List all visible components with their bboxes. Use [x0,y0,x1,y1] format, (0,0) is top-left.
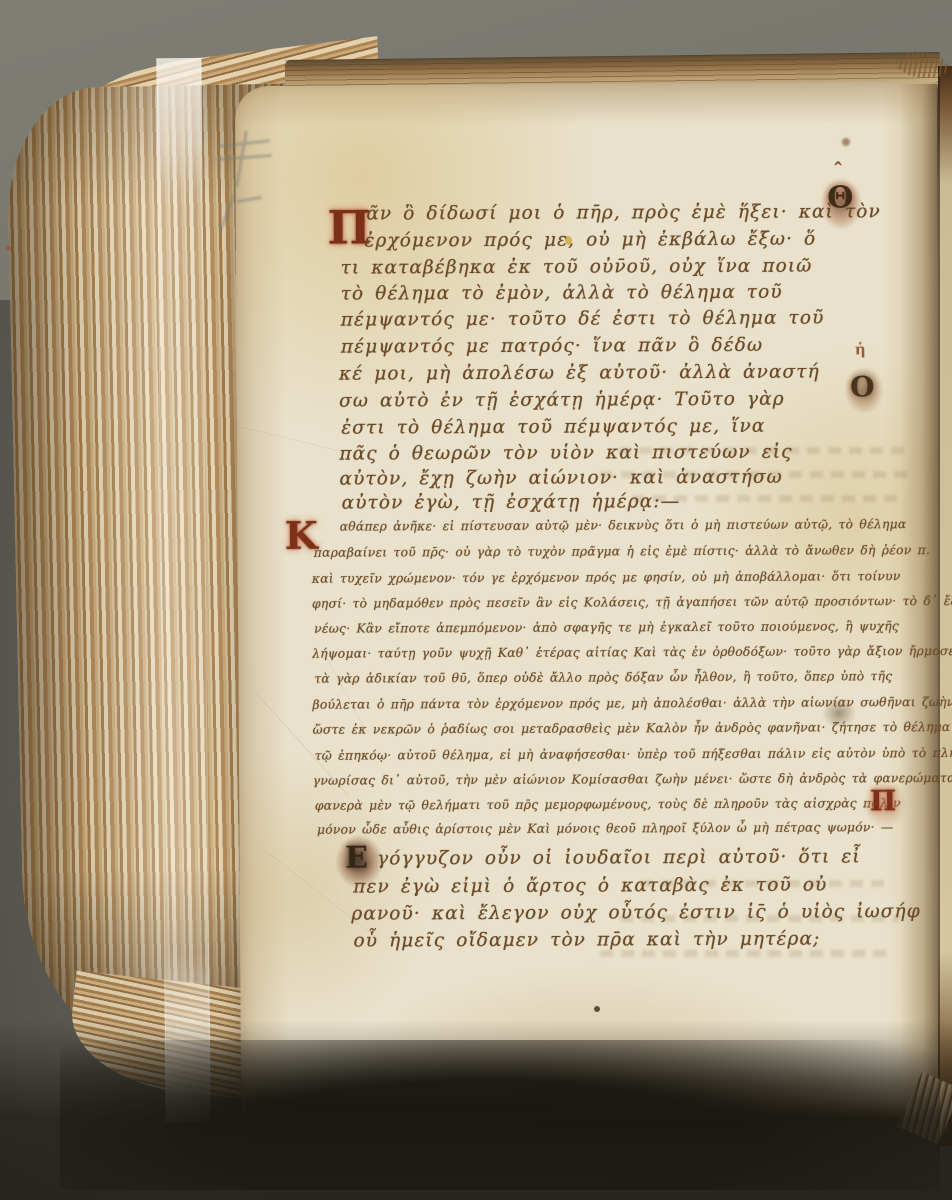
manuscript-photo: ˆ Θ Π ᾶν ὃ δίδωσί μοι ὁ πη̄ρ, πρὸς ἐμὲ ἥ… [0,0,952,1200]
text-line: γόγγυζον οὖν οἱ ἰουδαῖοι περὶ αὐτοῦ· ὅτι… [377,846,861,869]
commentary-line: τὰ γὰρ ἀδικίαν τοῦ θῡ, ὅπερ οὐδὲ ἄλλο πρ… [314,669,892,686]
margin-flame-mark: ἡ [855,340,866,358]
commentary-line: αθάπερ ἀνῆκε· εἰ πίστευσαν αὐτῷ μὲν· δει… [340,517,907,533]
background-shadow-bottom [0,1020,952,1200]
commentary-line: λήψομαι· ταύτῃ γοῦν ψυχῇ Καθ᾽ ἑτέρας αἰτ… [312,644,952,661]
text-line: ρανοῦ· καὶ ἔλεγον οὐχ οὗτός ἐστιν ἰς̄ ὁ … [351,901,920,924]
text-line: ἐρχόμενον πρός με, οὐ μὴ ἐκβάλω ἔξω· ὅ [364,229,816,252]
commentary-line: γνωρίσας δι᾽ αὐτοῦ, τὴν μὲν αἰώνιον Κομί… [313,771,952,788]
text-line: ᾶν ὃ δίδωσί μοι ὁ πη̄ρ, πρὸς ἐμὲ ἥξει· κ… [366,201,881,224]
commentary-line: τῷ ἐπηκόῳ· αὐτοῦ θέλημα, εἰ μὴ ἀναφήσεσθ… [315,746,952,763]
text-line: τὸ θέλημα τὸ ἐμὸν, ἀλλὰ τὸ θέλημα τοῦ [341,282,783,305]
commentary-line: νέως· Κἂν εἴποτε ἀπεμπόμενον· ἀπὸ σφαγῆς… [314,619,899,636]
commentary-line: βούλεται ὁ πη̄ρ πάντα τὸν ἐρχόμενον πρός… [312,695,952,712]
text-line: ἐστι τὸ θέλημα τοῦ πέμψαντός με, ἵνα [341,416,765,439]
text-line: οὗ ἡμεῖς οἴδαμεν τὸν πρ̄α καὶ τὴν μητέρα… [353,929,820,952]
text-line: σω αὐτὸ ἐν τῇ ἐσχάτῃ ἡμέρᾳ· Τοῦτο γὰρ [339,389,785,412]
commentary-line: ὥστε ἐκ νεκρῶν ὁ ῥαδίως σοι μεταδρασθεὶς… [313,720,952,737]
commentary-line: παραβαίνει τοῦ πρ̄ς· οὐ γὰρ τὸ τυχὸν πρᾶ… [314,543,930,560]
commentary-line: φανερὰ μὲν τῷ θελήματι τοῦ πρ̄ς μεμορφωμ… [315,796,901,813]
commentary-line: μόνον ὦδε αὖθις ἀρίστοις μὲν Καὶ μόνοις … [317,820,894,837]
margin-omicron-mark: Ο [850,370,875,403]
commentary-line: φησί· τὸ μηδαμόθεν πρὸς πεσεῖν ἂν εἰς Κο… [312,594,952,611]
text-line: πεν ἐγὼ εἰμὶ ὁ ἄρτος ὁ καταβὰς ἐκ τοῦ οὐ [353,874,827,897]
margin-pi-mark: Π [870,784,897,817]
text-line: τι καταβέβηκα ἐκ τοῦ οὐν̄οῦ, οὐχ ἵνα ποι… [341,256,813,279]
initial-epsilon-burned: Ε [345,840,368,875]
margin-caret-mark: ˆ [833,158,843,182]
conservation-tape [156,58,210,1122]
text-line: αὐτὸν ἐγὼ, τῇ ἐσχάτῃ ἡμέρᾳ:— [342,491,681,513]
text-line: πᾶς ὁ θεωρῶν τὸν υἱὸν καὶ πιστεύων εἰς [339,442,792,465]
text-line: πέμψαντός με πατρός· ἵνα πᾶν ὃ δέδω [341,335,763,358]
text-line: πέμψαντός με· τοῦτο δέ ἐστι τὸ θέλημα το… [341,307,825,330]
commentary-line: καὶ τυχεῖν χρώμενον· τόν γε ἐρχόμενον πρ… [312,569,901,586]
text-line: αὐτὸν, ἔχῃ ζωὴν αἰώνιον· καὶ ἀναστήσω [339,467,782,490]
text-line: κέ μοι, μὴ ἀπολέσω ἐξ αὐτοῦ· ἀλλὰ ἀναστή [339,361,820,384]
